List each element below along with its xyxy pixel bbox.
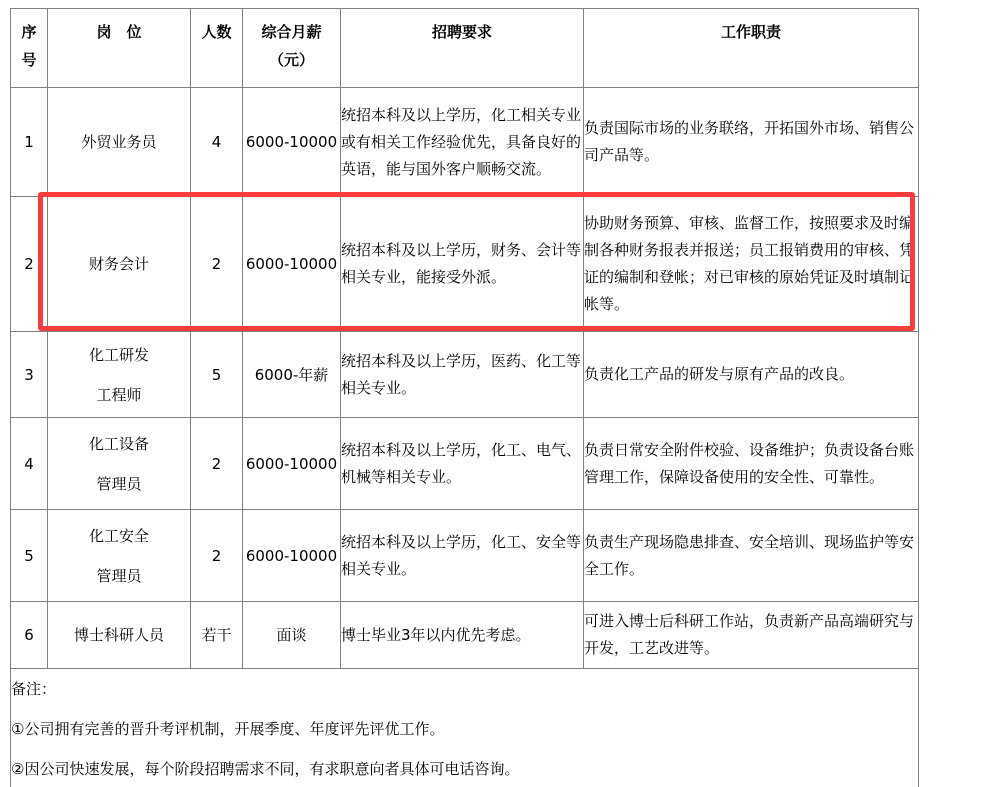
row-position: 化工设备 管理员 xyxy=(48,418,191,510)
header-requirements: 招聘要求 xyxy=(341,9,584,88)
table-row: 3 化工研发 工程师 5 6000-年薪 统招本科及以上学历，医药、化工等相关专… xyxy=(11,332,919,418)
row-salary: 面谈 xyxy=(243,602,341,669)
note-item-2: ②因公司快速发展，每个阶段招聘需求不同，有求职意向者具体可电话咨询。 xyxy=(11,749,918,787)
row-headcount: 若干 xyxy=(191,602,243,669)
table-row: 4 化工设备 管理员 2 6000-10000 统招本科及以上学历，化工、电气、… xyxy=(11,418,919,510)
row-duties: 负责日常安全附件校验、设备维护；负责设备台账管理工作，保障设备使用的安全性、可靠… xyxy=(584,418,919,510)
page: 序 号 岗 位 人数 综合月薪 （元） 招聘要求 工作职责 1 外贸业务员 4 … xyxy=(0,0,983,787)
note-item-1: ①公司拥有完善的晋升考评机制，开展季度、年度评先评优工作。 xyxy=(11,709,918,749)
row-duties: 负责国际市场的业务联络，开拓国外市场、销售公司产品等。 xyxy=(584,88,919,197)
row-position: 财务会计 xyxy=(48,197,191,332)
row-index: 6 xyxy=(11,602,48,669)
row-salary: 6000-10000 xyxy=(243,88,341,197)
row-salary: 6000-10000 xyxy=(243,197,341,332)
header-row: 序 号 岗 位 人数 综合月薪 （元） 招聘要求 工作职责 xyxy=(11,9,919,88)
row-salary: 6000-年薪 xyxy=(243,332,341,418)
row-requirements: 统招本科及以上学历，医药、化工等相关专业。 xyxy=(341,332,584,418)
row-headcount: 4 xyxy=(191,88,243,197)
header-salary: 综合月薪 （元） xyxy=(243,9,341,88)
notes-label: 备注： xyxy=(11,669,918,709)
row-salary: 6000-10000 xyxy=(243,510,341,602)
notes-row: 备注： ①公司拥有完善的晋升考评机制，开展季度、年度评先评优工作。 ②因公司快速… xyxy=(11,669,919,787)
header-headcount: 人数 xyxy=(191,9,243,88)
row-headcount: 2 xyxy=(191,510,243,602)
row-duties: 可进入博士后科研工作站，负责新产品高端研究与开发，工艺改进等。 xyxy=(584,602,919,669)
row-requirements: 统招本科及以上学历，财务、会计等相关专业，能接受外派。 xyxy=(341,197,584,332)
row-salary: 6000-10000 xyxy=(243,418,341,510)
recruitment-table: 序 号 岗 位 人数 综合月薪 （元） 招聘要求 工作职责 1 外贸业务员 4 … xyxy=(10,8,919,787)
row-requirements: 统招本科及以上学历，化工、安全等相关专业。 xyxy=(341,510,584,602)
row-requirements: 博士毕业3年以内优先考虑。 xyxy=(341,602,584,669)
row-position: 博士科研人员 xyxy=(48,602,191,669)
row-index: 1 xyxy=(11,88,48,197)
row-position: 化工安全 管理员 xyxy=(48,510,191,602)
row-position: 化工研发 工程师 xyxy=(48,332,191,418)
row-headcount: 5 xyxy=(191,332,243,418)
row-headcount: 2 xyxy=(191,418,243,510)
row-duties: 协助财务预算、审核、监督工作，按照要求及时编制各种财务报表并报送；员工报销费用的… xyxy=(584,197,919,332)
row-duties: 负责化工产品的研发与原有产品的改良。 xyxy=(584,332,919,418)
notes-cell: 备注： ①公司拥有完善的晋升考评机制，开展季度、年度评先评优工作。 ②因公司快速… xyxy=(11,669,919,787)
row-requirements: 统招本科及以上学历，化工、电气、机械等相关专业。 xyxy=(341,418,584,510)
row-index: 3 xyxy=(11,332,48,418)
row-position: 外贸业务员 xyxy=(48,88,191,197)
row-index: 2 xyxy=(11,197,48,332)
row-index: 5 xyxy=(11,510,48,602)
header-position: 岗 位 xyxy=(48,9,191,88)
table-row: 1 外贸业务员 4 6000-10000 统招本科及以上学历，化工相关专业或有相… xyxy=(11,88,919,197)
header-index: 序 号 xyxy=(11,9,48,88)
table-row: 5 化工安全 管理员 2 6000-10000 统招本科及以上学历，化工、安全等… xyxy=(11,510,919,602)
row-headcount: 2 xyxy=(191,197,243,332)
row-index: 4 xyxy=(11,418,48,510)
row-requirements: 统招本科及以上学历，化工相关专业或有相关工作经验优先，具备良好的英语，能与国外客… xyxy=(341,88,584,197)
table-row-highlighted: 2 财务会计 2 6000-10000 统招本科及以上学历，财务、会计等相关专业… xyxy=(11,197,919,332)
table-row: 6 博士科研人员 若干 面谈 博士毕业3年以内优先考虑。 可进入博士后科研工作站… xyxy=(11,602,919,669)
header-duties: 工作职责 xyxy=(584,9,919,88)
row-duties: 负责生产现场隐患排查、安全培训、现场监护等安全工作。 xyxy=(584,510,919,602)
